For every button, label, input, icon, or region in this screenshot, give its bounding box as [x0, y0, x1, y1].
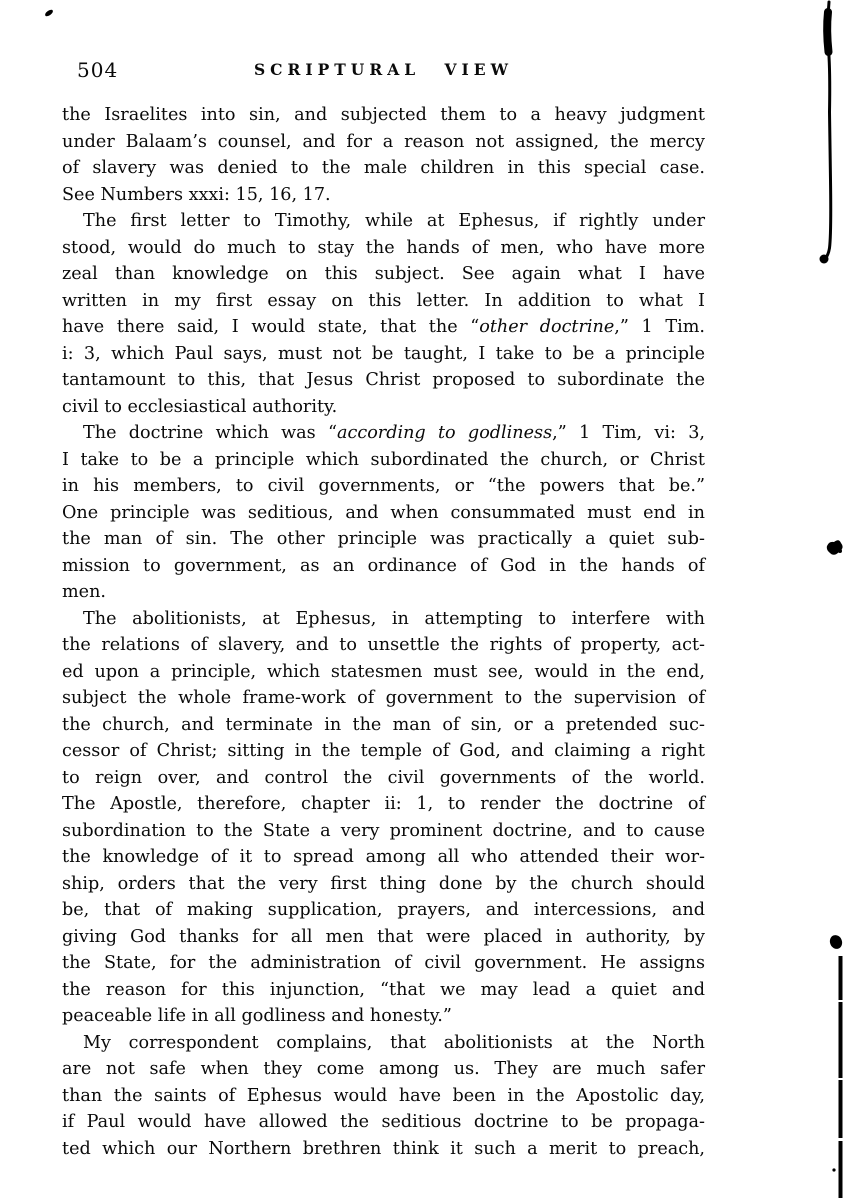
text-run: giving God thanks for all men that were …	[62, 927, 705, 947]
italic-phrase: according to godliness	[337, 423, 552, 443]
text-line: to reign over, and control the civil gov…	[62, 765, 705, 792]
text-line: The Apostle, therefore, chapter ii: 1, t…	[62, 791, 705, 818]
text-line: zeal than knowledge on this subject. See…	[62, 261, 705, 288]
text-line: the knowledge of it to spread among all …	[62, 844, 705, 871]
text-line: mission to government, as an ordinance o…	[62, 553, 705, 580]
text-run: if Paul would have allowed the seditious…	[62, 1112, 705, 1132]
text-line: the church, and terminate in the man of …	[62, 712, 705, 739]
ink-blob-mid-right-dot	[838, 549, 842, 553]
text-line: ship, orders that the very first thing d…	[62, 871, 705, 898]
text-run: subject the whole frame-work of governme…	[62, 688, 705, 708]
text-line: The first letter to Timothy, while at Ep…	[62, 208, 705, 235]
text-body: the Israelites into sin, and subjected t…	[62, 102, 705, 1162]
ink-speck-top-left	[44, 9, 54, 18]
text-run: See Numbers xxxi: 15, 16, 17.	[62, 185, 331, 205]
text-run: The Apostle, therefore, chapter ii: 1, t…	[62, 794, 705, 814]
text-line: written in my first essay on this letter…	[62, 288, 705, 315]
text-line: ted which our Northern brethren think it…	[62, 1136, 705, 1163]
text-line: the relations of slavery, and to unsettl…	[62, 632, 705, 659]
scan-line-top-right	[824, 2, 831, 260]
text-run: are not safe when they come among us. Th…	[62, 1059, 705, 1079]
text-line: are not safe when they come among us. Th…	[62, 1056, 705, 1083]
page-header: 504 SCRIPTURAL VIEW	[62, 56, 705, 86]
text-run: in his members, to civil governments, or…	[62, 476, 705, 496]
page-number: 504	[77, 58, 118, 82]
ink-blob-mid-right	[827, 540, 843, 555]
text-line: civil to ecclesiastical authority.	[62, 394, 705, 421]
text-run: the knowledge of it to spread among all …	[62, 847, 705, 867]
paragraph: My correspondent complains, that aboliti…	[62, 1030, 705, 1163]
text-run: of slavery was denied to the male childr…	[62, 158, 705, 178]
text-line: cessor of Christ; sitting in the temple …	[62, 738, 705, 765]
text-line: be, that of making supplication, prayers…	[62, 897, 705, 924]
text-line: peaceable life in all godliness and hone…	[62, 1003, 705, 1030]
paragraph: the Israelites into sin, and subjected t…	[62, 102, 705, 208]
text-run: tantamount to this, that Jesus Christ pr…	[62, 370, 705, 390]
text-line: the State, for the administration of civ…	[62, 950, 705, 977]
text-run: than the saints of Ephesus would have be…	[62, 1086, 705, 1106]
book-page: 504 SCRIPTURAL VIEW the Israelites into …	[0, 0, 843, 1200]
ink-dot-bottom-right	[832, 1168, 835, 1171]
ink-blob-bottom-right	[828, 933, 843, 950]
text-run: men.	[62, 582, 106, 602]
paragraph: The first letter to Timothy, while at Ep…	[62, 208, 705, 420]
text-run: be, that of making supplication, prayers…	[62, 900, 705, 920]
text-line: men.	[62, 579, 705, 606]
text-line: the reason for this injunction, “that we…	[62, 977, 705, 1004]
text-line: See Numbers xxxi: 15, 16, 17.	[62, 182, 705, 209]
text-run: One principle was seditious, and when co…	[62, 503, 705, 523]
text-run: ship, orders that the very first thing d…	[62, 874, 705, 894]
text-run: under Balaam’s counsel, and for a reason…	[62, 132, 705, 152]
running-head-title: SCRIPTURAL VIEW	[62, 56, 705, 79]
scan-line-top-right-endblob	[820, 255, 829, 264]
text-line: i: 3, which Paul says, must not be taugh…	[62, 341, 705, 368]
text-run: the church, and terminate in the man of …	[62, 715, 705, 735]
text-line: if Paul would have allowed the seditious…	[62, 1109, 705, 1136]
text-run: ,” 1 Tim.	[614, 317, 705, 337]
text-run: cessor of Christ; sitting in the temple …	[62, 741, 705, 761]
text-line: The abolitionists, at Ephesus, in attemp…	[62, 606, 705, 633]
text-line: One principle was seditious, and when co…	[62, 500, 705, 527]
text-run: written in my first essay on this letter…	[62, 291, 705, 311]
text-line: of slavery was denied to the male childr…	[62, 155, 705, 182]
text-line: under Balaam’s counsel, and for a reason…	[62, 129, 705, 156]
text-line: in his members, to civil governments, or…	[62, 473, 705, 500]
text-line: My correspondent complains, that aboliti…	[62, 1030, 705, 1057]
text-run: civil to ecclesiastical authority.	[62, 397, 337, 417]
text-run: to reign over, and control the civil gov…	[62, 768, 705, 788]
text-line: I take to be a principle which subordina…	[62, 447, 705, 474]
text-line: tantamount to this, that Jesus Christ pr…	[62, 367, 705, 394]
text-run: the relations of slavery, and to unsettl…	[62, 635, 705, 655]
text-run: the Israelites into sin, and subjected t…	[62, 105, 705, 125]
text-run: stood, would do much to stay the hands o…	[62, 238, 705, 258]
text-line: have there said, I would state, that the…	[62, 314, 705, 341]
text-line: ed upon a principle, which statesmen mus…	[62, 659, 705, 686]
text-line: The doctrine which was “according to god…	[62, 420, 705, 447]
text-run: The doctrine which was “	[83, 423, 337, 443]
text-line: stood, would do much to stay the hands o…	[62, 235, 705, 262]
text-run: i: 3, which Paul says, must not be taugh…	[62, 344, 705, 364]
paragraph: The doctrine which was “according to god…	[62, 420, 705, 606]
text-run: mission to government, as an ordinance o…	[62, 556, 705, 576]
text-run: the man of sin. The other principle was …	[62, 529, 705, 549]
text-run: the State, for the administration of civ…	[62, 953, 705, 973]
text-run: subordination to the State a very promin…	[62, 821, 705, 841]
text-run: I take to be a principle which subordina…	[62, 450, 705, 470]
text-line: subject the whole frame-work of governme…	[62, 685, 705, 712]
text-run: peaceable life in all godliness and hone…	[62, 1006, 452, 1026]
text-run: My correspondent complains, that aboliti…	[83, 1033, 705, 1053]
text-run: zeal than knowledge on this subject. See…	[62, 264, 705, 284]
text-run: ted which our Northern brethren think it…	[62, 1139, 705, 1159]
text-line: subordination to the State a very promin…	[62, 818, 705, 845]
text-run: ed upon a principle, which statesmen mus…	[62, 662, 705, 682]
text-line: the man of sin. The other principle was …	[62, 526, 705, 553]
text-run: the reason for this injunction, “that we…	[62, 980, 705, 1000]
text-run: ,” 1 Tim, vi: 3,	[552, 423, 705, 443]
text-line: the Israelites into sin, and subjected t…	[62, 102, 705, 129]
scan-line-top-right-thick	[827, 12, 828, 52]
text-line: giving God thanks for all men that were …	[62, 924, 705, 951]
text-line: than the saints of Ephesus would have be…	[62, 1083, 705, 1110]
text-run: have there said, I would state, that the…	[62, 317, 479, 337]
text-run: The first letter to Timothy, while at Ep…	[83, 211, 705, 231]
italic-phrase: other doctrine	[479, 317, 614, 337]
text-run: The abolitionists, at Ephesus, in attemp…	[83, 609, 705, 629]
paragraph: The abolitionists, at Ephesus, in attemp…	[62, 606, 705, 1030]
